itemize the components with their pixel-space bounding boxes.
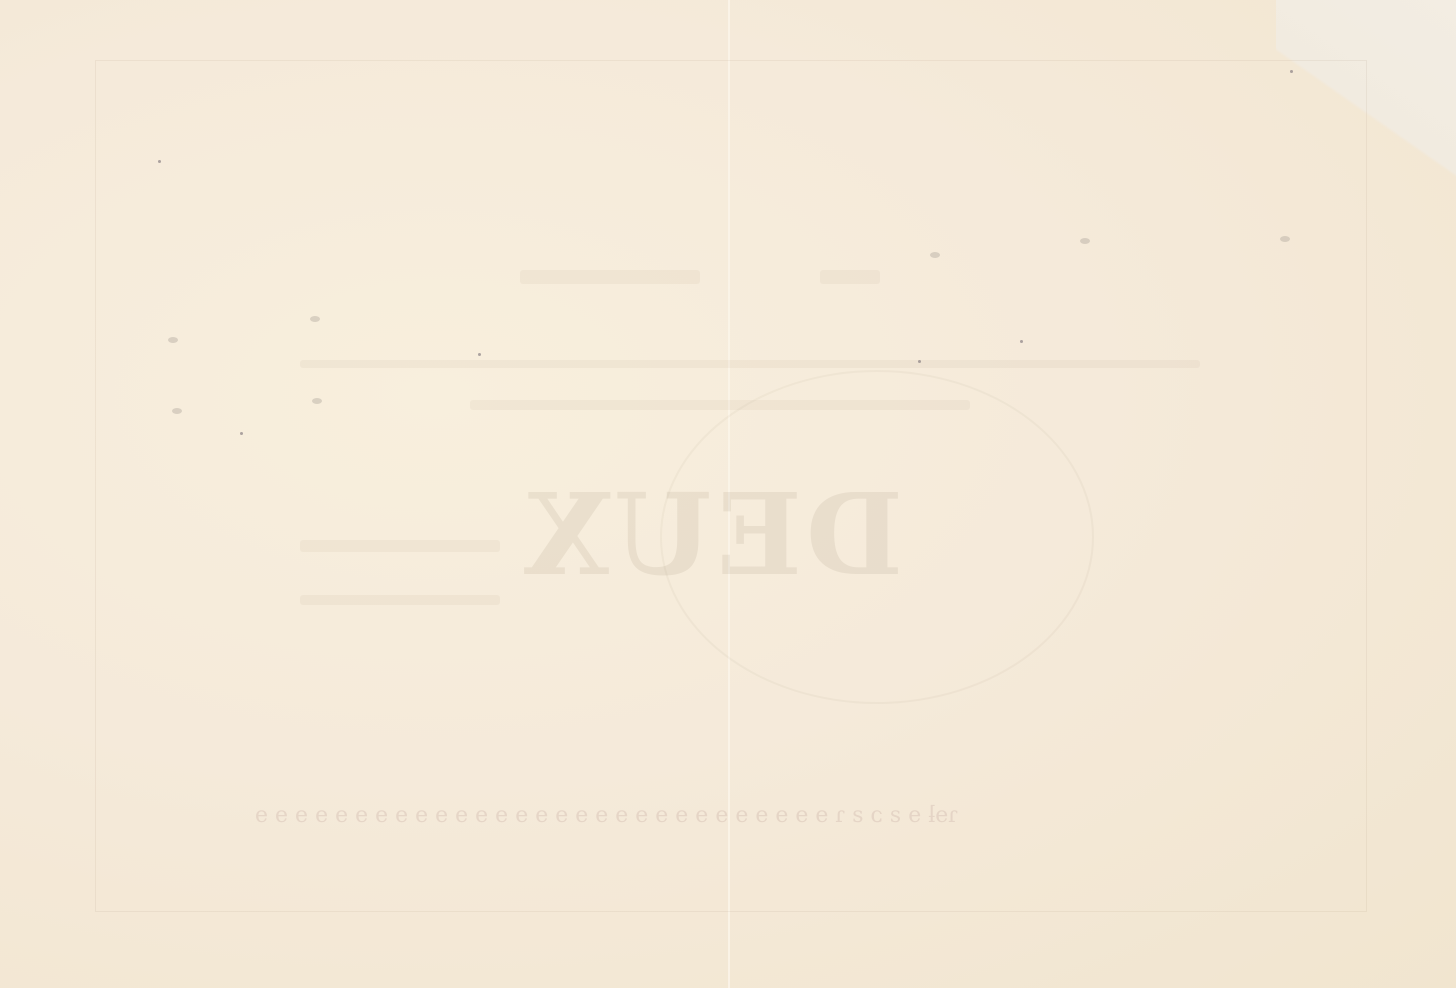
pin-hole [172, 408, 182, 414]
pin-hole [312, 398, 322, 404]
speck [478, 353, 481, 356]
ghost-line [300, 360, 1200, 368]
speck [240, 432, 243, 435]
ghost-line [470, 400, 970, 410]
pin-hole [1080, 238, 1090, 244]
speck [918, 360, 921, 363]
bottom-bleed-text: ɿɘƚ ɘ ƨ ɔ ƨ ɿ ɘ ɘ ɘ ɘ ɘ ɘ ɘ ɘ ɘ ɘ ɘ ɘ ɘ … [255, 803, 958, 828]
speck [158, 160, 161, 163]
ghost-line [300, 540, 500, 552]
ghost-line [300, 595, 500, 605]
speck [1290, 70, 1293, 73]
ghost-line [520, 270, 700, 284]
ghost-line [820, 270, 880, 284]
pin-hole [310, 316, 320, 322]
speck [1020, 340, 1023, 343]
pin-hole [930, 252, 940, 258]
pin-hole [168, 337, 178, 343]
deux-bleed-text: DEUX [520, 470, 903, 601]
pin-hole [1280, 236, 1290, 242]
